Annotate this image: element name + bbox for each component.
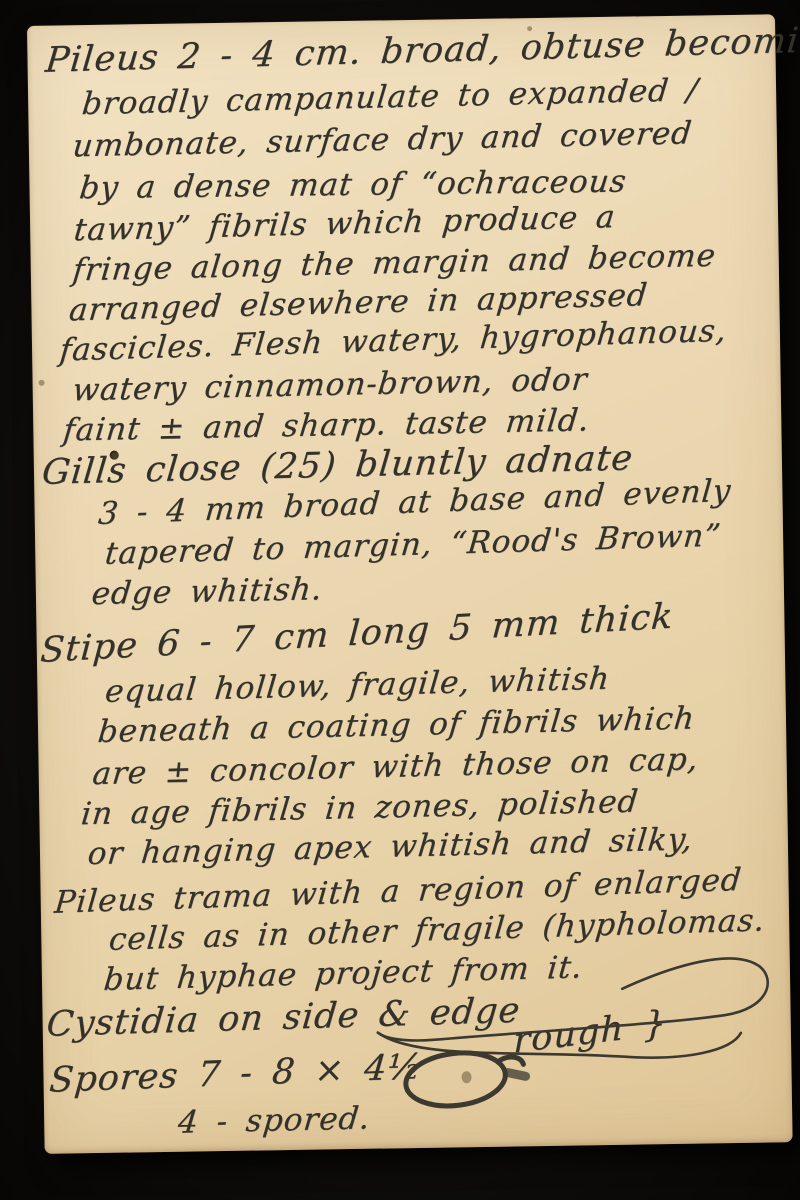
handwritten-line: faint ± and sharp. taste mild. [62, 405, 592, 446]
handwritten-line: broadly campanulate to expanded / [80, 75, 699, 120]
index-card: Pileus 2 - 4 cm. broad, obtuse becoming … [27, 14, 793, 1154]
handwritten-line: edge whitish. [90, 574, 324, 610]
handwritten-line: by a dense mat of “ochraceous [78, 166, 629, 204]
handwritten-line: equal hollow, fragile, whitish [104, 664, 612, 708]
handwritten-line: watery cinnamon-brown, odor [71, 365, 589, 407]
photo-background: { "photo": { "background_color": "#0e0d0… [0, 0, 800, 1200]
handwritten-line: tawny” fibrils which produce a [72, 202, 617, 246]
paper-speck [39, 380, 45, 386]
handwritten-line: are ± concolor with those on cap, [91, 744, 700, 790]
handwritten-line: beneath a coating of fibrils which [96, 703, 696, 748]
handwritten-line: or hanging apex whitish and silky, [86, 824, 694, 870]
handwritten-line: 4 - spored. [176, 1103, 371, 1138]
paper-speck [110, 451, 119, 460]
handwritten-line: umbonate, surface dry and covered [71, 118, 694, 162]
paper-speck [527, 26, 532, 31]
handwritten-line: Pileus 2 - 4 cm. broad, obtuse becoming [44, 23, 800, 79]
paper-speck [461, 1071, 471, 1083]
handwritten-line: Spores 7 - 8 × 4½ [48, 1050, 424, 1099]
